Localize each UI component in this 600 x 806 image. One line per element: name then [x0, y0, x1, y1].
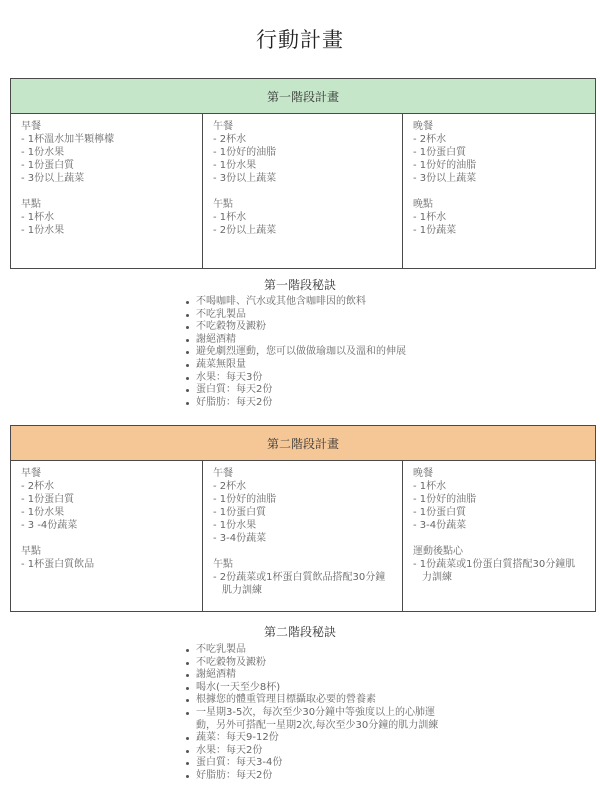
- meal-item: - 3 -4份蔬菜: [21, 519, 192, 532]
- phase2-column-evening: 晚餐 - 1杯水 - 1份好的油脂 - 1份蛋白質 - 3-4份蔬菜 運動後點心…: [403, 461, 595, 611]
- meal-item: - 1份水果: [21, 506, 192, 519]
- tip-item: 好脂肪：每天2份: [186, 397, 446, 410]
- meal-title: 晚餐: [413, 467, 585, 480]
- tip-item: 避免劇烈運動，您可以做做瑜珈以及溫和的伸展: [186, 346, 446, 359]
- page-title: 行動計畫: [0, 24, 600, 54]
- meal-item: - 1份蔬菜或1份蛋白質搭配30分鐘肌力訓練: [413, 558, 585, 584]
- phase2-tips-list: 不吃乳製品 不吃穀物及澱粉 謝絕酒精 喝水(一天至少8杯) 根據您的體重管理目標…: [186, 644, 446, 783]
- meal-block-breakfast: 早餐 - 2杯水 - 1份蛋白質 - 1份水果 - 3 -4份蔬菜: [21, 467, 192, 532]
- meal-item: - 3份以上蔬菜: [213, 172, 392, 185]
- phase2-column-noon: 午餐 - 2杯水 - 1份好的油脂 - 1份蛋白質 - 1份水果 - 3-4份蔬…: [203, 461, 403, 611]
- meal-item: - 2杯水: [213, 133, 392, 146]
- tip-item: 水果：每天2份: [186, 745, 446, 758]
- tip-item: 好脂肪：每天2份: [186, 770, 446, 783]
- meal-item: - 1份蛋白質: [213, 506, 392, 519]
- meal-item: - 1杯水: [213, 211, 392, 224]
- phase1-tips-title: 第一階段秘訣: [0, 276, 600, 293]
- tip-item: 不吃穀物及澱粉: [186, 321, 446, 334]
- meal-block-morning-snack: 早點 - 1杯水 - 1份水果: [21, 198, 192, 237]
- tip-item: 蔬菜：每天9-12份: [186, 732, 446, 745]
- meal-block-lunch: 午餐 - 2杯水 - 1份好的油脂 - 1份水果 - 3份以上蔬菜: [213, 120, 392, 185]
- meal-title: 午點: [213, 198, 392, 211]
- meal-item: - 1份蛋白質: [413, 506, 585, 519]
- meal-item: - 1份蛋白質: [413, 146, 585, 159]
- meal-title: 早點: [21, 198, 192, 211]
- meal-item: - 1杯蛋白質飲品: [21, 558, 192, 571]
- tip-item: 不吃乳製品: [186, 644, 446, 657]
- meal-item: - 1份水果: [21, 146, 192, 159]
- tip-item: 根據您的體重管理目標攝取必要的營養素: [186, 694, 446, 707]
- phase1-tips-list: 不喝咖啡、汽水或其他含咖啡因的飲料 不吃乳製品 不吃穀物及澱粉 謝絕酒精 避免劇…: [186, 296, 446, 409]
- phase1-plan-table: 第一階段計畫 早餐 - 1杯溫水加半顆檸檬 - 1份水果 - 1份蛋白質 - 3…: [10, 78, 596, 269]
- meal-title: 午餐: [213, 467, 392, 480]
- phase1-column-morning: 早餐 - 1杯溫水加半顆檸檬 - 1份水果 - 1份蛋白質 - 3份以上蔬菜 早…: [11, 114, 203, 268]
- meal-item: - 1杯水: [21, 211, 192, 224]
- meal-title: 晚點: [413, 198, 585, 211]
- meal-block-dinner: 晚餐 - 2杯水 - 1份蛋白質 - 1份好的油脂 - 3份以上蔬菜: [413, 120, 585, 185]
- meal-title: 早餐: [21, 467, 192, 480]
- tip-item: 一星期3-5次，每次至少30分鐘中等強度以上的心肺運動，另外可搭配一星期2次,每…: [186, 707, 446, 732]
- phase2-plan-body: 早餐 - 2杯水 - 1份蛋白質 - 1份水果 - 3 -4份蔬菜 早點 - 1…: [11, 461, 595, 611]
- meal-item: - 2杯水: [413, 133, 585, 146]
- tip-item: 蛋白質：每天2份: [186, 384, 446, 397]
- meal-item: - 3-4份蔬菜: [213, 532, 392, 545]
- meal-item: - 1份好的油脂: [213, 146, 392, 159]
- meal-item: - 1份蛋白質: [21, 159, 192, 172]
- meal-item: - 3份以上蔬菜: [413, 172, 585, 185]
- meal-item: - 2杯水: [213, 480, 392, 493]
- meal-item: - 1份好的油脂: [213, 493, 392, 506]
- meal-item: - 1份蛋白質: [21, 493, 192, 506]
- meal-block-lunch: 午餐 - 2杯水 - 1份好的油脂 - 1份蛋白質 - 1份水果 - 3-4份蔬…: [213, 467, 392, 545]
- meal-item: - 1份好的油脂: [413, 493, 585, 506]
- meal-item: - 2杯水: [21, 480, 192, 493]
- phase1-plan-body: 早餐 - 1杯溫水加半顆檸檬 - 1份水果 - 1份蛋白質 - 3份以上蔬菜 早…: [11, 114, 595, 268]
- phase2-tips-title: 第二階段秘訣: [0, 623, 600, 640]
- phase2-plan-table: 第二階段計畫 早餐 - 2杯水 - 1份蛋白質 - 1份水果 - 3 -4份蔬菜…: [10, 425, 596, 612]
- meal-item: - 1杯水: [413, 480, 585, 493]
- phase2-header: 第二階段計畫: [11, 426, 595, 461]
- meal-item: - 2份以上蔬菜: [213, 224, 392, 237]
- tip-item: 水果：每天3份: [186, 372, 446, 385]
- tip-item: 謝絕酒精: [186, 334, 446, 347]
- meal-block-afternoon-snack: 午點 - 1杯水 - 2份以上蔬菜: [213, 198, 392, 237]
- meal-block-breakfast: 早餐 - 1杯溫水加半顆檸檬 - 1份水果 - 1份蛋白質 - 3份以上蔬菜: [21, 120, 192, 185]
- meal-block-afternoon-snack: 午點 - 2份蔬菜或1杯蛋白質飲品搭配30分鐘肌力訓練: [213, 558, 392, 597]
- phase2-column-morning: 早餐 - 2杯水 - 1份蛋白質 - 1份水果 - 3 -4份蔬菜 早點 - 1…: [11, 461, 203, 611]
- meal-item: - 1份蔬菜: [413, 224, 585, 237]
- phase1-column-noon: 午餐 - 2杯水 - 1份好的油脂 - 1份水果 - 3份以上蔬菜 午點 - 1…: [203, 114, 403, 268]
- phase1-header: 第一階段計畫: [11, 79, 595, 114]
- meal-title: 晚餐: [413, 120, 585, 133]
- tip-item: 不吃乳製品: [186, 309, 446, 322]
- meal-item: - 1份水果: [21, 224, 192, 237]
- meal-item: - 3-4份蔬菜: [413, 519, 585, 532]
- tip-item: 喝水(一天至少8杯): [186, 682, 446, 695]
- meal-block-dinner: 晚餐 - 1杯水 - 1份好的油脂 - 1份蛋白質 - 3-4份蔬菜: [413, 467, 585, 532]
- meal-title: 午餐: [213, 120, 392, 133]
- meal-item: - 1份水果: [213, 159, 392, 172]
- meal-item: - 1杯水: [413, 211, 585, 224]
- tip-item: 蛋白質：每天3-4份: [186, 757, 446, 770]
- meal-title: 午點: [213, 558, 392, 571]
- meal-title: 早點: [21, 545, 192, 558]
- meal-title: 早餐: [21, 120, 192, 133]
- tip-item: 不喝咖啡、汽水或其他含咖啡因的飲料: [186, 296, 446, 309]
- meal-item: - 1份水果: [213, 519, 392, 532]
- meal-block-evening-snack: 晚點 - 1杯水 - 1份蔬菜: [413, 198, 585, 237]
- meal-item: - 1份好的油脂: [413, 159, 585, 172]
- tip-item: 蔬菜無限量: [186, 359, 446, 372]
- meal-block-morning-snack: 早點 - 1杯蛋白質飲品: [21, 545, 192, 571]
- tip-item: 謝絕酒精: [186, 669, 446, 682]
- phase1-column-evening: 晚餐 - 2杯水 - 1份蛋白質 - 1份好的油脂 - 3份以上蔬菜 晚點 - …: [403, 114, 595, 268]
- tip-item: 不吃穀物及澱粉: [186, 657, 446, 670]
- meal-title: 運動後點心: [413, 545, 585, 558]
- meal-item: - 1杯溫水加半顆檸檬: [21, 133, 192, 146]
- meal-item: - 2份蔬菜或1杯蛋白質飲品搭配30分鐘肌力訓練: [213, 571, 392, 597]
- meal-item: - 3份以上蔬菜: [21, 172, 192, 185]
- meal-block-post-workout-snack: 運動後點心 - 1份蔬菜或1份蛋白質搭配30分鐘肌力訓練: [413, 545, 585, 584]
